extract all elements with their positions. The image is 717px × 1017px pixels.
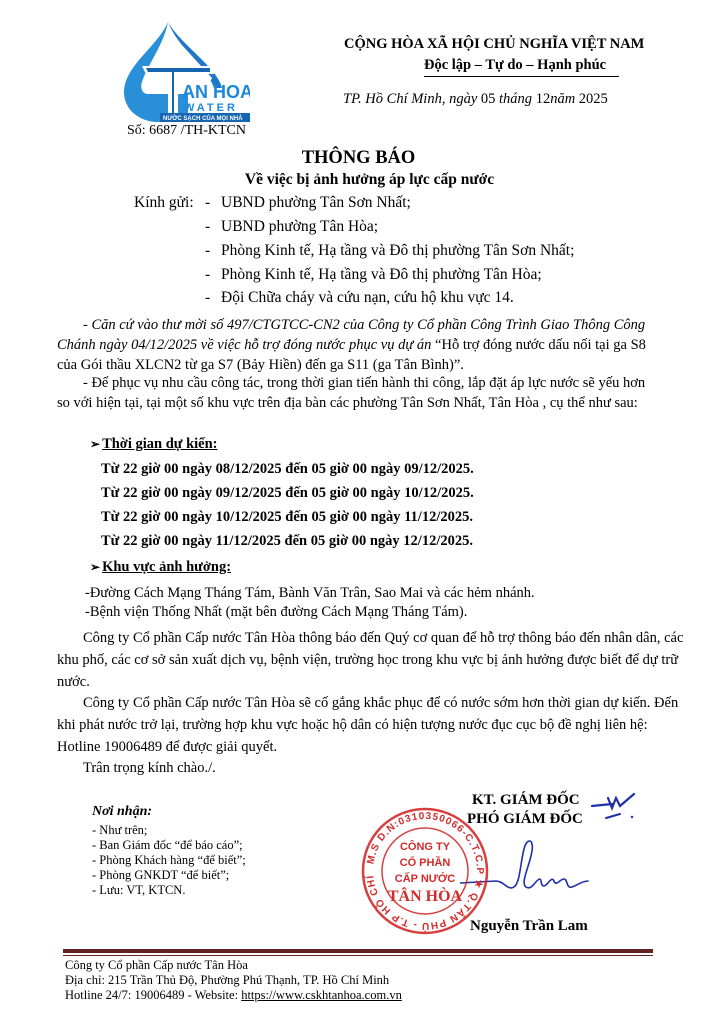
footer-divider-thin bbox=[63, 955, 653, 956]
inform-paragraph: Công ty Cổ phần Cấp nước Tân Hòa thông b… bbox=[57, 627, 687, 693]
footer-contact: Hotline 24/7: 19006489 - Website: https:… bbox=[65, 988, 402, 1003]
svg-text:AN HOA: AN HOA bbox=[182, 82, 250, 102]
date-year: 2025 bbox=[579, 91, 608, 107]
recipients-label: Kính gửi: bbox=[134, 194, 194, 212]
area-heading: ➢Khu vực ảnh hưởng: bbox=[90, 559, 231, 576]
national-motto: Độc lập – Tự do – Hạnh phúc bbox=[424, 57, 606, 74]
document-number: Số: 6687 /TH-KTCN bbox=[127, 123, 246, 139]
date-year-label: năm bbox=[550, 91, 579, 107]
company-seal-stamp: M.S D.N:0310350066-C.T.C.P ★ Q.TÂN PHÚ -… bbox=[360, 806, 490, 936]
time-slot: Từ 22 giờ 00 ngày 09/12/2025 đến 05 giờ … bbox=[101, 485, 474, 502]
svg-text:CỔ PHẦN: CỔ PHẦN bbox=[400, 856, 451, 869]
initials-scribble-icon bbox=[590, 790, 660, 825]
cc-item: - Phòng GNKDT “để biết”; bbox=[92, 868, 229, 883]
time-slot: Từ 22 giờ 00 ngày 11/12/2025 đến 05 giờ … bbox=[101, 533, 473, 550]
cc-item: - Như trên; bbox=[92, 823, 147, 838]
nation-title: CỘNG HÒA XÃ HỘI CHỦ NGHĨA VIỆT NAM bbox=[344, 36, 644, 53]
time-slot: Từ 22 giờ 00 ngày 10/12/2025 đến 05 giờ … bbox=[101, 509, 473, 526]
footer-company: Công ty Cổ phần Cấp nước Tân Hòa bbox=[65, 958, 248, 973]
svg-text:CÔNG TY: CÔNG TY bbox=[400, 840, 451, 853]
signer-name: Nguyễn Trần Lam bbox=[470, 918, 588, 935]
recipient-item: -UBND phường Tân Hòa; bbox=[205, 218, 378, 236]
recipient-item: -UBND phường Tân Sơn Nhất; bbox=[205, 194, 411, 212]
effort-paragraph: Công ty Cổ phần Cấp nước Tân Hòa sẽ cố g… bbox=[57, 692, 687, 758]
footer-address: Địa chỉ: 215 Trần Thủ Độ, Phường Phú Thạ… bbox=[65, 973, 389, 988]
affected-area: -Đường Cách Mạng Tháng Tám, Bành Văn Trâ… bbox=[85, 585, 535, 602]
recipient-item: -Phòng Kinh tế, Hạ tầng và Đô thị phường… bbox=[205, 242, 574, 260]
purpose-paragraph: - Để phục vụ nhu cầu công tác, trong thờ… bbox=[57, 373, 657, 413]
date-month-label: tháng bbox=[495, 91, 535, 107]
recipient-item: -Đội Chữa cháy và cứu nạn, cứu hộ khu vự… bbox=[205, 289, 514, 307]
arrow-bullet-icon: ➢ bbox=[90, 560, 100, 574]
closing-paragraph: Trân trọng kính chào./. bbox=[57, 758, 657, 778]
arrow-bullet-icon: ➢ bbox=[90, 437, 100, 451]
cc-item: - Phòng Khách hàng “để biết”; bbox=[92, 853, 246, 868]
issue-date: TP. Hồ Chí Minh, ngày 05 tháng 12năm 202… bbox=[343, 91, 608, 108]
footer-hotline: Hotline 24/7: 19006489 - Website: bbox=[65, 988, 241, 1002]
date-prefix: TP. Hồ Chí Minh, ngày bbox=[343, 91, 481, 107]
cc-title: Nơi nhận: bbox=[92, 804, 152, 820]
basis-paragraph: - Căn cứ vào thư mời số 497/CTGTCC-CN2 c… bbox=[57, 315, 657, 375]
notice-subtitle: Về việc bị ảnh hưởng áp lực cấp nước bbox=[0, 171, 717, 189]
company-logo: AN HOA WATER NƯỚC SẠCH CỦA MỌI NHÀ bbox=[118, 18, 250, 122]
svg-text:CẤP NƯỚC: CẤP NƯỚC bbox=[395, 872, 456, 885]
svg-text:NƯỚC SẠCH CỦA MỌI NHÀ: NƯỚC SẠCH CỦA MỌI NHÀ bbox=[163, 114, 243, 122]
website-link[interactable]: https://www.cskhtanhoa.com.vn bbox=[241, 988, 402, 1002]
motto-underline bbox=[424, 76, 619, 77]
date-month: 12 bbox=[536, 91, 551, 107]
footer-divider bbox=[63, 949, 653, 953]
time-slot: Từ 22 giờ 00 ngày 08/12/2025 đến 05 giờ … bbox=[101, 461, 474, 478]
recipient-item: -Phòng Kinh tế, Hạ tầng và Đô thị phường… bbox=[205, 266, 542, 284]
date-day: 05 bbox=[481, 91, 496, 107]
cc-item: - Lưu: VT, KTCN. bbox=[92, 883, 185, 898]
notice-title: THÔNG BÁO bbox=[0, 148, 717, 169]
svg-text:WATER: WATER bbox=[184, 102, 238, 114]
time-heading: ➢Thời gian dự kiến: bbox=[90, 436, 218, 453]
cc-item: - Ban Giám đốc “để báo cáo”; bbox=[92, 838, 243, 853]
svg-text:TÂN HÒA: TÂN HÒA bbox=[388, 886, 463, 905]
affected-area: -Bệnh viện Thống Nhất (mặt bên đường Các… bbox=[85, 604, 467, 621]
